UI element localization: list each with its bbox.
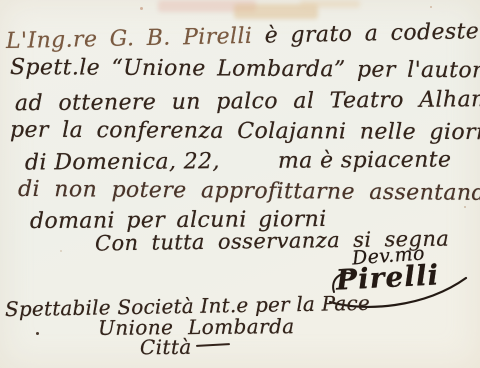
letter-line-4: per la conferenza Colajanni nelle giorna…: [10, 120, 480, 145]
address-line-3: Città: [140, 337, 192, 357]
letter-scan: L'Ing.re G. B. Pirelli è grato a codeste…: [0, 0, 480, 368]
foxing-spot: [430, 6, 432, 8]
letter-line-5-right: ma è spiacente: [278, 148, 452, 174]
pen-dash-flourish: [196, 343, 230, 347]
foxing-spot: [464, 206, 466, 208]
letter-line-2: Spett.le “Unione Lombarda” per l'autoriz…: [10, 57, 480, 83]
letter-line-3: ad ottenere un palco al Teatro Alhambra: [15, 89, 480, 116]
letter-line-6: di non potere approfittarne assentandosi: [18, 179, 480, 205]
tape-stain: [300, 0, 360, 8]
letter-line-1-rest: è grato a codeste: [264, 19, 479, 48]
letter-line-1: L'Ing.re G. B. Pirelli è grato a codeste: [6, 21, 480, 53]
foxing-spot: [140, 7, 143, 10]
address-line-2: Unione Lombarda: [98, 316, 295, 338]
sender-name: L'Ing.re G. B. Pirelli: [6, 24, 265, 54]
foxing-spot: [36, 332, 39, 335]
letter-line-5-left: di Domenica, 22,: [25, 149, 220, 175]
letter-line-5: di Domenica, 22,ma è spiacente: [25, 150, 452, 175]
foxing-spot: [60, 250, 62, 252]
